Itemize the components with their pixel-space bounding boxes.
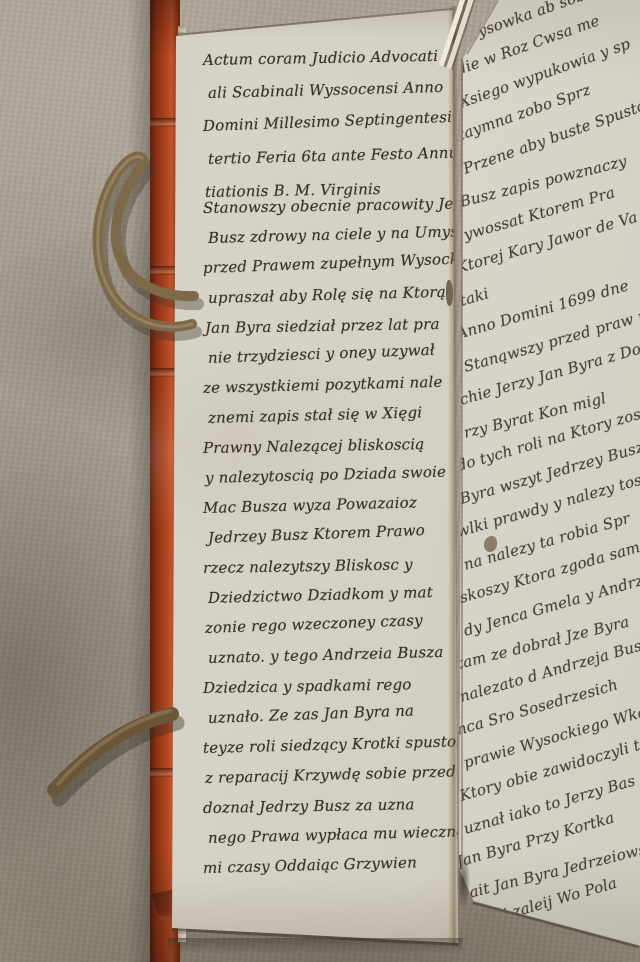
binding-ties — [0, 0, 640, 962]
photo-of-manuscript: 48 Actum coram Judicio Advocatiali Scabi… — [0, 0, 640, 962]
